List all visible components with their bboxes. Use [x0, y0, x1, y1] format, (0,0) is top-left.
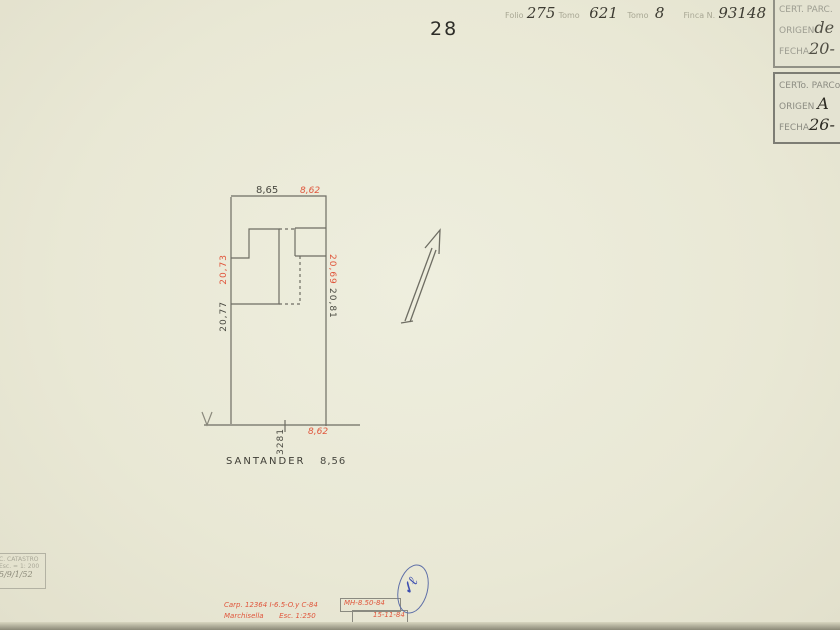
right-depth-red-label: 20,69 — [327, 254, 337, 285]
right-depth-label: 20,81 — [327, 288, 337, 319]
street-number: 3281 — [276, 428, 286, 455]
footer-annotation: Carp. 12364 I-6.5-O.y C-84 Marchisella E… — [224, 600, 318, 622]
page-edge — [0, 622, 840, 630]
catastro-line1: C. CATASTRO — [0, 556, 43, 563]
left-depth-label: 20,77 — [219, 301, 229, 332]
building-outline — [231, 229, 279, 304]
top-width-label: 8,65 — [256, 185, 278, 196]
footer-line1: Carp. 12364 I-6.5-O.y C-84 — [224, 600, 318, 611]
footer-line2: Marchisella — [224, 612, 264, 620]
bottom-width-red-label: 8,62 — [308, 427, 328, 437]
north-arrow-icon — [401, 230, 440, 323]
catastro-line3: 5/9/1/52 — [0, 570, 43, 579]
left-depth-red-label: 20,73 — [219, 254, 229, 285]
street-name: SANTANDER — [226, 456, 305, 467]
footer-scale: Esc. 1:250 — [279, 612, 316, 620]
catastro-stamp: C. CATASTRO Esc. = 1: 200 5/9/1/52 — [0, 553, 46, 589]
cadastral-plan-sheet: 28 Folio 275 Tomo 621 Tomo 8 Finca N. 93… — [0, 0, 840, 630]
top-width-red-label: 8,62 — [300, 186, 320, 196]
catastro-line2: Esc. = 1: 200 — [0, 563, 43, 570]
street-frontage: 8,56 — [320, 456, 346, 467]
lot-plan-drawing — [0, 0, 840, 630]
